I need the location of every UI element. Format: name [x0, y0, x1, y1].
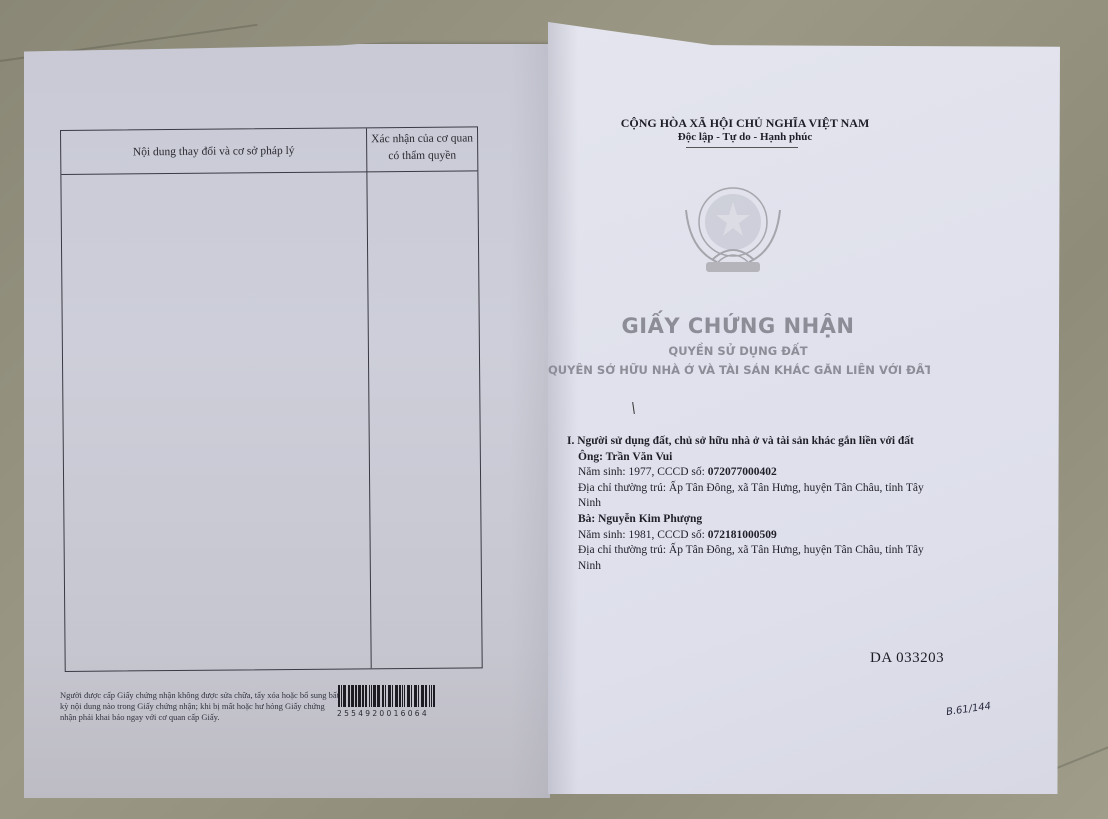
owner-name: Ông: Trần Văn Vui [578, 450, 947, 466]
id-number: 072077000402 [708, 466, 777, 478]
owners-section: I. Người sử dụng đất, chủ sở hữu nhà ở v… [567, 434, 947, 574]
owner-address: Địa chỉ thường trú: Ấp Tân Đông, xã Tân … [578, 481, 947, 497]
certificate-serial: DA 033203 [870, 650, 944, 667]
birth-label: Năm sinh: 1977, CCCD số: [578, 466, 708, 478]
owner-birth-id: Năm sinh: 1981, CCCD số: 072181000509 [578, 528, 947, 544]
barcode-number: 2554920016064 [337, 709, 459, 718]
divider [686, 147, 798, 148]
header-authority-confirmation: Xác nhận của cơ quan có thẩm quyền [367, 130, 477, 165]
owner-2: Bà: Nguyễn Kim Phượng Năm sinh: 1981, CC… [567, 512, 947, 574]
changes-table: Nội dung thay đổi và cơ sở pháp lý Xác n… [60, 126, 483, 672]
column-divider [366, 128, 372, 668]
header-line: có thẩm quyền [367, 147, 477, 165]
national-emblem-icon [672, 180, 794, 280]
owner-address: Địa chỉ thường trú: Ấp Tân Đông, xã Tân … [578, 543, 947, 559]
owner-birth-id: Năm sinh: 1977, CCCD số: 072077000402 [578, 465, 947, 481]
owner-1: Ông: Trần Văn Vui Năm sinh: 1977, CCCD s… [567, 450, 947, 512]
header-changes-legal-basis: Nội dung thay đổi và cơ sở pháp lý [61, 142, 366, 162]
owner-name: Bà: Nguyễn Kim Phượng [578, 512, 947, 528]
footer-warning-note: Người được cấp Giấy chứng nhận không đượ… [60, 690, 340, 723]
id-number: 072181000509 [708, 529, 777, 541]
owner-address-cont: Ninh [578, 496, 947, 512]
certificate-title: GIẤY CHỨNG NHẬN [548, 314, 928, 338]
birth-label: Năm sinh: 1981, CCCD số: [578, 529, 708, 541]
certificate-subtitle-land-use: QUYỀN SỬ DỤNG ĐẤT [548, 344, 928, 358]
nation-heading: CỘNG HÒA XÃ HỘI CHỦ NGHĨA VIỆT NAM [600, 116, 890, 131]
certificate-subtitle-ownership: QUYỀN SỞ HỮU NHÀ Ở VÀ TÀI SẢN KHÁC GẮN L… [548, 363, 930, 377]
motto: Độc lập - Tự do - Hạnh phúc [600, 131, 890, 143]
section-heading: I. Người sử dụng đất, chủ sở hữu nhà ở v… [567, 434, 947, 450]
barcode-icon [338, 685, 456, 707]
owner-address-cont: Ninh [578, 559, 947, 575]
header-line: Xác nhận của cơ quan [367, 130, 477, 148]
